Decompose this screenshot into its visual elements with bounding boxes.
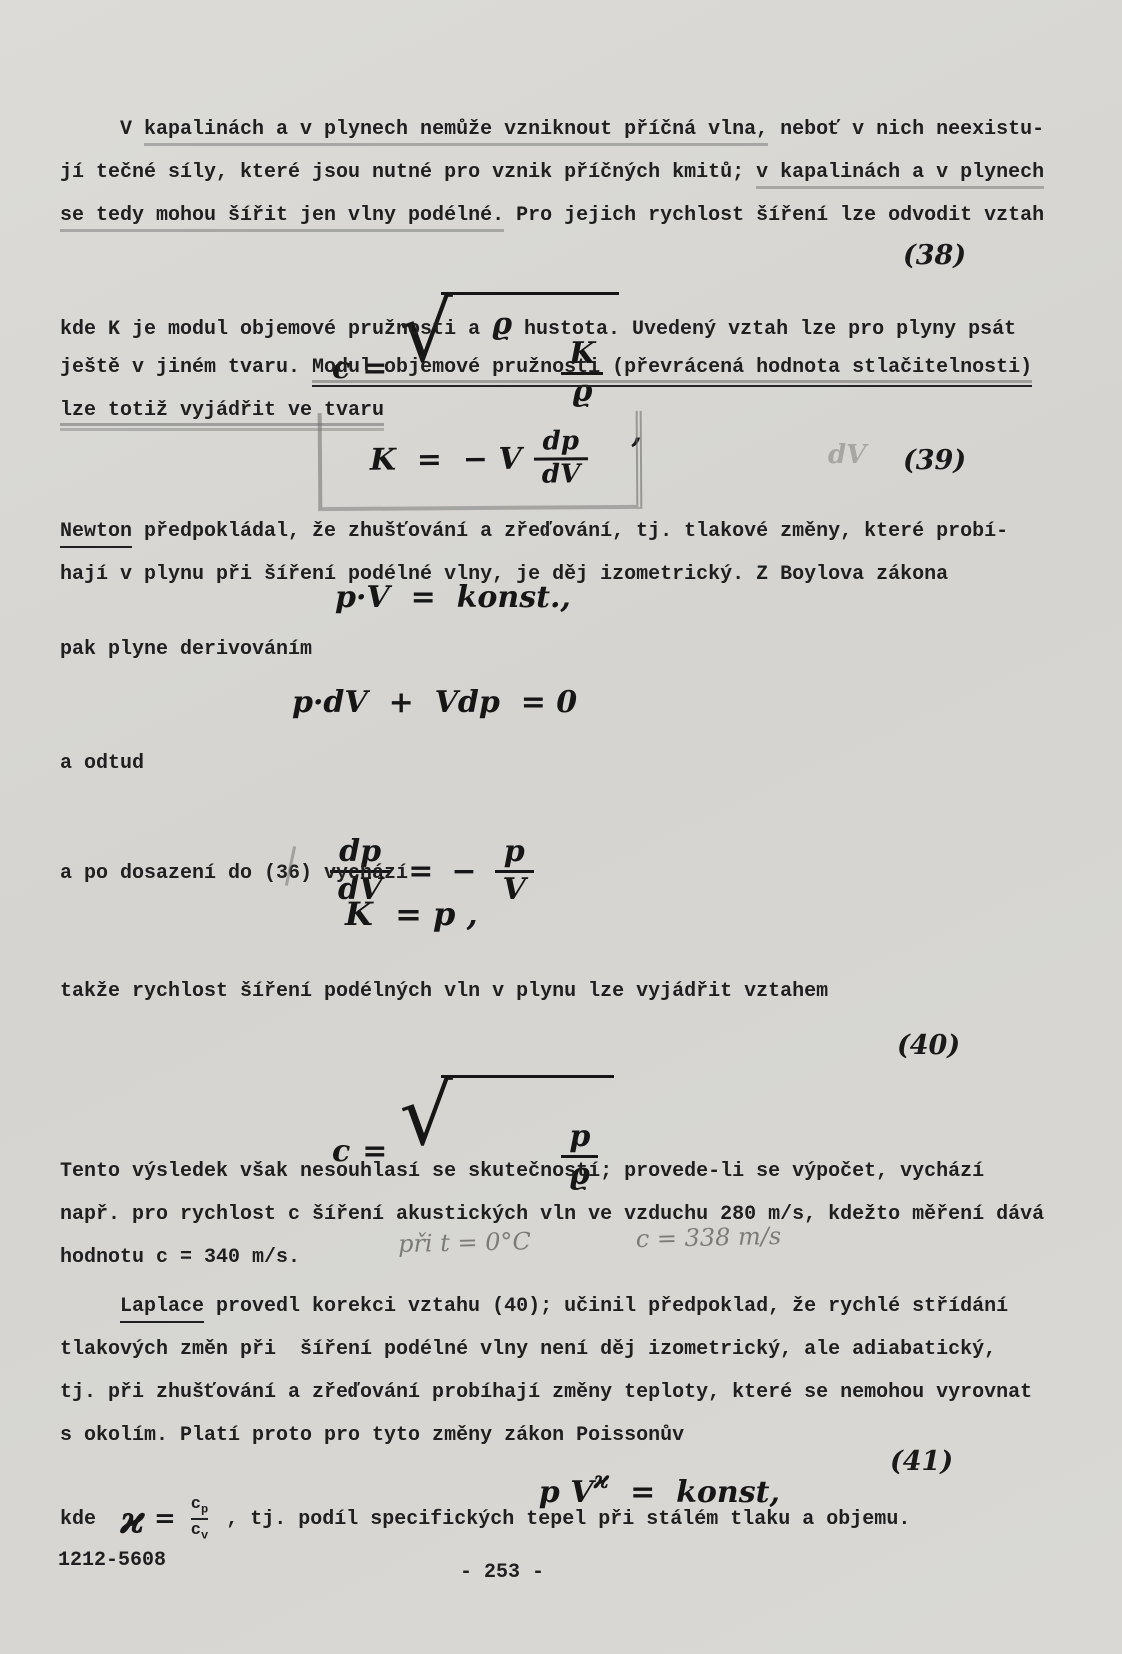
ink-underlined-name: Newton	[60, 520, 132, 548]
ink-underlined-name: Laplace	[120, 1295, 204, 1323]
equation-kp: K = p ,	[345, 895, 478, 933]
text-segment: Tento výsledek však nesouhlasí se skuteč…	[60, 1160, 984, 1183]
text-line: tlakových změn při šíření podélné vlny n…	[60, 1328, 1064, 1371]
text-segment: tj. při zhušťování a zřeďování probíhají…	[60, 1381, 1032, 1404]
equation-number-41: (41)	[890, 1446, 953, 1477]
handwritten-rho: ϱ	[492, 307, 512, 342]
denominator: dV	[534, 457, 589, 490]
subscript-p: p	[201, 1502, 208, 1516]
typed-fraction: cp cv	[191, 1494, 208, 1544]
text-po-dosazeni: a po dosazení do (36) vychází	[60, 852, 1064, 895]
scanned-document-page: V kapalinách a v plynech nemůže vzniknou…	[0, 0, 1122, 1654]
text-line: tj. při zhušťování a zřeďování probíhají…	[60, 1371, 1064, 1414]
text-line: pak plyne derivováním	[60, 628, 1064, 671]
text-segment: takže rychlost šíření podélných vln v pl…	[60, 980, 828, 1003]
equation-number-39: (39)	[903, 445, 966, 476]
text-segment: pak plyne derivováním	[60, 638, 312, 661]
footer-document-number: 1212-5608	[58, 1546, 166, 1576]
text-segment: jí tečné síly, které jsou nutné pro vzni…	[60, 161, 756, 184]
text-segment: předpokládal, že zhušťování a zřeďování,…	[132, 520, 1008, 543]
kappa-definition-line: kde ϰ = cp cv , tj. podíl specifických t…	[60, 1488, 910, 1550]
text-line: jí tečné síly, které jsou nutné pro vzni…	[60, 151, 1064, 194]
paragraph-result: Tento výsledek však nesouhlasí se skuteč…	[60, 1150, 1064, 1279]
paragraph-laplace: Laplace provedl korekci vztahu (40); uči…	[60, 1285, 1064, 1457]
text-line: V kapalinách a v plynech nemůže vzniknou…	[60, 108, 1064, 151]
text-segment: ještě v jiném tvaru.	[60, 356, 312, 379]
pencil-underlined-text: kapalinách a v plynech nemůže vzniknout …	[144, 118, 768, 146]
equals-sign: =	[145, 1504, 185, 1534]
text-pak-plyne: pak plyne derivováním	[60, 628, 1064, 671]
equation-differential: p·dV + Vdp = 0	[292, 685, 577, 720]
text-segment: kde K je modul objemové pružnosti a	[60, 318, 492, 341]
text-segment: hustota. Uvedený vztah lze pro plyny psá…	[512, 318, 1016, 341]
annotation-condition: při t = 0°C	[398, 1227, 531, 1258]
text-segment: a odtud	[60, 752, 144, 775]
text-line: kde K je modul objemové pružnosti a ϱ hu…	[60, 303, 1064, 346]
text-line: Tento výsledek však nesouhlasí se skuteč…	[60, 1150, 1064, 1193]
text-segment: kde	[60, 1508, 120, 1531]
text-segment: např. pro rychlost c šíření akustických …	[60, 1203, 1044, 1226]
text-segment: a po dosazení do (36) vychází	[60, 862, 408, 885]
pencil-box: K = − V dp dV	[318, 411, 643, 511]
text-line: a po dosazení do (36) vychází	[60, 852, 1064, 895]
text-segment: tlakových změn při šíření podélné vlny n…	[60, 1338, 996, 1361]
text-segment: provedl korekci vztahu (40); učinil před…	[204, 1295, 1008, 1318]
text-segment: V	[120, 118, 144, 141]
text-segment: neboť v nich neexistu-	[768, 118, 1044, 141]
text-line: Laplace provedl korekci vztahu (40); uči…	[60, 1285, 1064, 1328]
annotation-value: c = 338 m/s	[635, 1222, 781, 1253]
text-segment: , tj. podíl specifických tepel při stálé…	[214, 1508, 910, 1531]
text-segment: hodnotu c = 340 m/s.	[60, 1246, 300, 1269]
footer-page-number: - 253 -	[460, 1558, 544, 1588]
numerator: cp	[191, 1494, 208, 1518]
text-line: a odtud	[60, 742, 1064, 785]
pencil-underlined-text: v kapalinách a v plynech	[756, 161, 1044, 189]
paragraph-intro: V kapalinách a v plynech nemůže vzniknou…	[60, 108, 1064, 237]
text-a-odtud: a odtud	[60, 742, 1064, 785]
fraction: dp dV	[534, 427, 589, 490]
handwritten-kappa: ϰ	[120, 1497, 145, 1542]
equation-number-38: (38)	[903, 240, 966, 271]
equation-boyle: p·V = konst.,	[335, 580, 571, 615]
denominator: cv	[191, 1518, 208, 1544]
pencil-note-dv: dV	[828, 440, 866, 470]
equation-number-40: (40)	[897, 1030, 960, 1061]
numerator: dp	[534, 427, 589, 457]
subscript-v: v	[201, 1528, 208, 1542]
text-line: Newton předpokládal, že zhušťování a zře…	[60, 510, 1064, 553]
eq-left-side: K = − V	[370, 441, 522, 477]
